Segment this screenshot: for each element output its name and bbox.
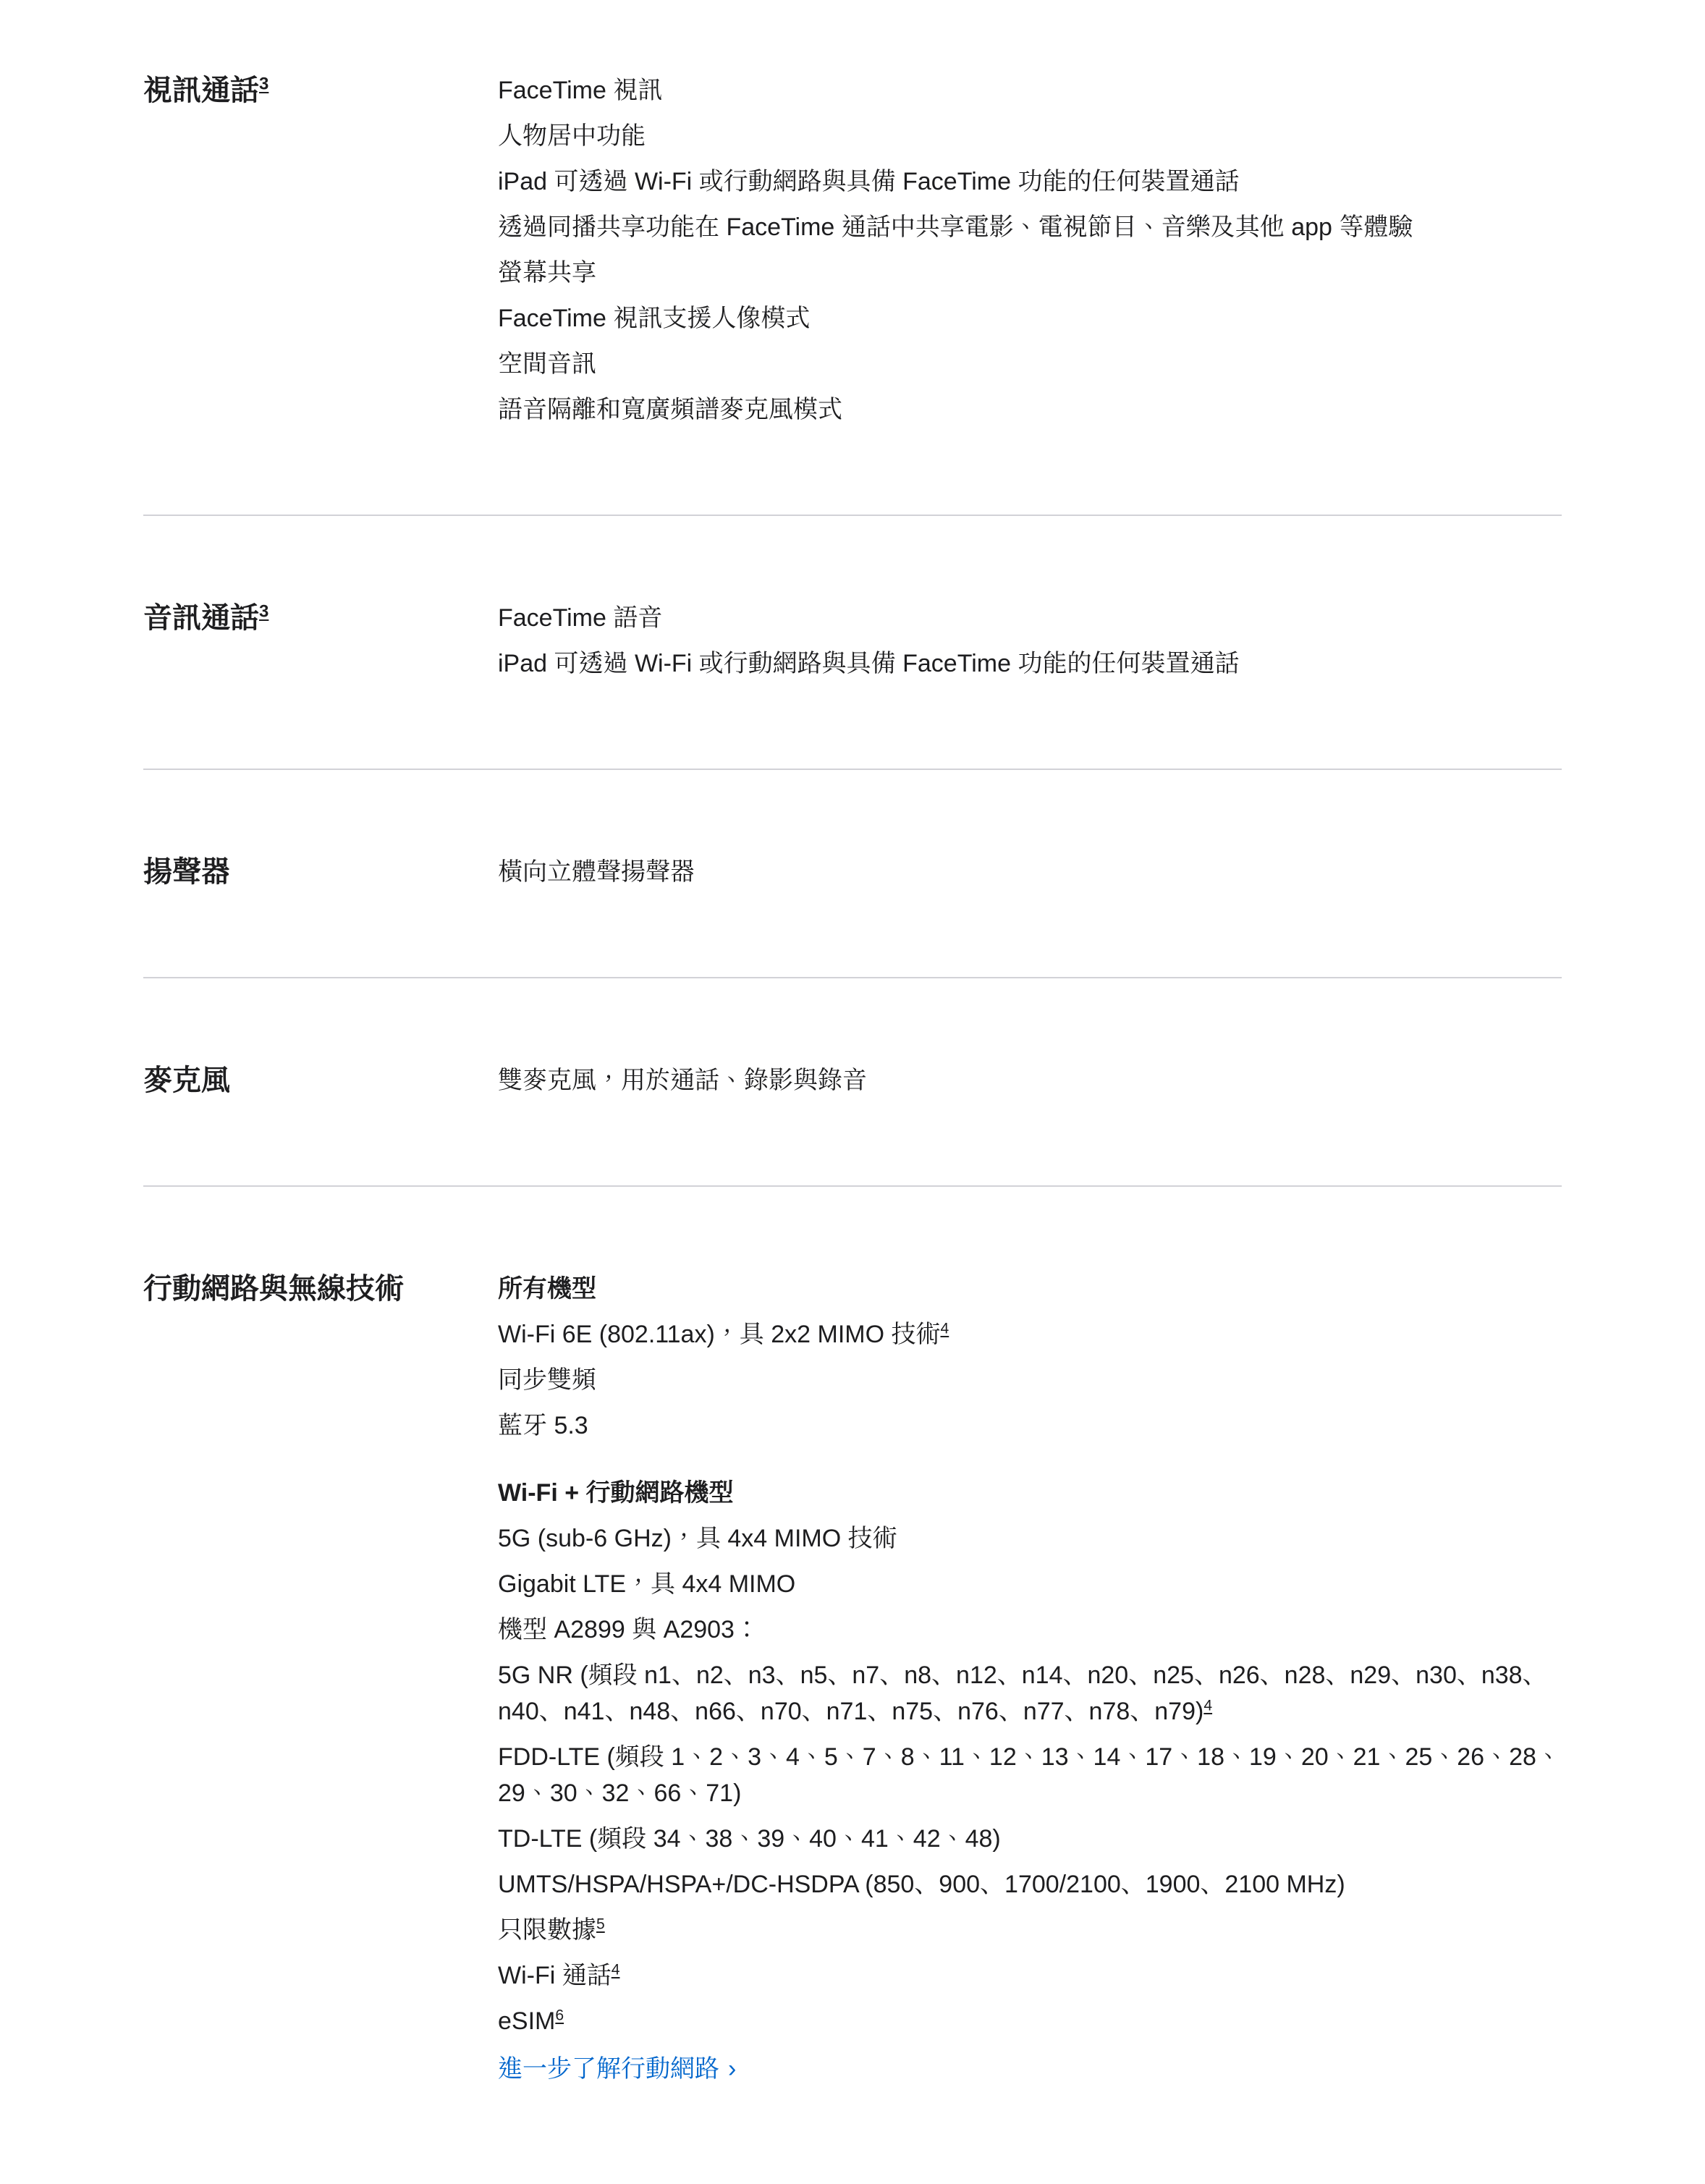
spec-section-video-calling: 視訊通話3FaceTime 視訊人物居中功能iPad 可透過 Wi-Fi 或行動… (143, 0, 1562, 515)
spec-line: Gigabit LTE，具 4x4 MIMO (498, 1566, 1562, 1602)
footnote-link[interactable]: 6 (555, 2007, 564, 2024)
spec-line: Wi-Fi 6E (802.11ax)，具 2x2 MIMO 技術4 (498, 1316, 1562, 1353)
spec-line-text: Wi-Fi + 行動網路機型 (498, 1479, 734, 1507)
spec-line: 同步雙頻 (498, 1362, 1562, 1398)
spec-line: FDD-LTE (頻段 1、2、3、4、5、7、8、11、12、13、14、17… (498, 1739, 1562, 1811)
spec-line-text: 機型 A2899 與 A2903： (498, 1616, 759, 1643)
spec-line: 5G NR (頻段 n1、n2、n3、n5、n7、n8、n12、n14、n20、… (498, 1657, 1562, 1730)
spec-line-text: 同步雙頻 (498, 1366, 596, 1394)
learn-more-cellular-link[interactable]: 進一步了解行動網路› (498, 2055, 736, 2083)
section-label-text: 視訊通話 (143, 75, 259, 106)
footnote-link[interactable]: 3 (259, 75, 268, 94)
section-label-text: 麥克風 (143, 1065, 230, 1096)
spec-line: 雙麥克風，用於通話、錄影與錄音 (498, 1062, 1562, 1099)
spec-line-text: FaceTime 視訊支援人像模式 (498, 305, 810, 332)
spec-line: FaceTime 語音 (498, 600, 1562, 636)
spec-line: 語音隔離和寬廣頻譜麥克風模式 (498, 391, 1562, 428)
spec-line-text: iPad 可透過 Wi-Fi 或行動網路與具備 FaceTime 功能的任何裝置… (498, 168, 1239, 195)
spec-line-text: eSIM (498, 2007, 555, 2035)
spec-line: 機型 A2899 與 A2903： (498, 1612, 1562, 1648)
spec-line-text: FaceTime 視訊 (498, 77, 662, 104)
spec-section-speakers: 揚聲器橫向立體聲揚聲器 (143, 769, 1562, 977)
section-content: 橫向立體聲揚聲器 (498, 854, 1562, 890)
spec-line-text: 橫向立體聲揚聲器 (498, 858, 695, 886)
spec-line: Wi-Fi + 行動網路機型 (498, 1475, 1562, 1511)
spec-line: 藍牙 5.3 (498, 1408, 1562, 1444)
spec-line-text: 空間音訊 (498, 350, 596, 378)
spec-line-text: 只限數據 (498, 1916, 596, 1944)
section-label: 揚聲器 (143, 854, 498, 890)
spec-line-text: UMTS/HSPA/HSPA+/DC-HSDPA (850、900、1700/2… (498, 1871, 1345, 1898)
spec-line: TD-LTE (頻段 34、38、39、40、41、42、48) (498, 1821, 1562, 1857)
footnote-link[interactable]: 4 (941, 1321, 949, 1337)
spec-line: iPad 可透過 Wi-Fi 或行動網路與具備 FaceTime 功能的任何裝置… (498, 164, 1562, 200)
spec-line-text: FDD-LTE (頻段 1、2、3、4、5、7、8、11、12、13、14、17… (498, 1743, 1561, 1807)
spec-line-text: 透過同播共享功能在 FaceTime 通話中共享電影、電視節目、音樂及其他 ap… (498, 213, 1413, 241)
section-label-text: 揚聲器 (143, 856, 230, 888)
spec-line-text: TD-LTE (頻段 34、38、39、40、41、42、48) (498, 1825, 1001, 1853)
spec-line: 只限數據5 (498, 1912, 1562, 1948)
spec-line: 透過同播共享功能在 FaceTime 通話中共享電影、電視節目、音樂及其他 ap… (498, 209, 1562, 245)
spec-line-text: 5G (sub-6 GHz)，具 4x4 MIMO 技術 (498, 1525, 897, 1552)
spec-line-text: 雙麥克風，用於通話、錄影與錄音 (498, 1067, 867, 1094)
spec-line: Wi-Fi 通話4 (498, 1957, 1562, 1994)
footnote-link[interactable]: 3 (259, 602, 268, 622)
section-label: 麥克風 (143, 1062, 498, 1099)
spec-line-text: 語音隔離和寬廣頻譜麥克風模式 (498, 396, 842, 423)
spec-line-text: Gigabit LTE，具 4x4 MIMO (498, 1570, 795, 1598)
spec-line-text: 5G NR (頻段 n1、n2、n3、n5、n7、n8、n12、n14、n20、… (498, 1662, 1547, 1725)
spec-line-text: 藍牙 5.3 (498, 1412, 588, 1439)
specs-root: 視訊通話3FaceTime 視訊人物居中功能iPad 可透過 Wi-Fi 或行動… (143, 0, 1562, 2174)
section-label-text: 音訊通話 (143, 602, 259, 634)
section-content: 所有機型Wi-Fi 6E (802.11ax)，具 2x2 MIMO 技術4同步… (498, 1271, 1562, 2087)
section-content: FaceTime 視訊人物居中功能iPad 可透過 Wi-Fi 或行動網路與具備… (498, 72, 1562, 428)
spec-line-text: FaceTime 語音 (498, 604, 662, 632)
spec-section-audio-calling: 音訊通話3FaceTime 語音iPad 可透過 Wi-Fi 或行動網路與具備 … (143, 515, 1562, 769)
spec-line: 空間音訊 (498, 346, 1562, 382)
chevron-right-icon: › (728, 2051, 736, 2087)
spec-line-text: Wi-Fi 6E (802.11ax)，具 2x2 MIMO 技術 (498, 1321, 941, 1348)
spec-line: FaceTime 視訊 (498, 72, 1562, 109)
spec-line-text: Wi-Fi 通話 (498, 1962, 612, 1989)
spec-line: 人物居中功能 (498, 118, 1562, 154)
spec-line: 進一步了解行動網路› (498, 2051, 1562, 2087)
spec-line: eSIM6 (498, 2003, 1562, 2039)
spec-line: 5G (sub-6 GHz)，具 4x4 MIMO 技術 (498, 1520, 1562, 1557)
spec-line-text: iPad 可透過 Wi-Fi 或行動網路與具備 FaceTime 功能的任何裝置… (498, 650, 1239, 677)
spec-line-text: 螢幕共享 (498, 259, 596, 287)
spec-section-cellular-wireless: 行動網路與無線技術所有機型Wi-Fi 6E (802.11ax)，具 2x2 M… (143, 1185, 1562, 2174)
spec-line: iPad 可透過 Wi-Fi 或行動網路與具備 FaceTime 功能的任何裝置… (498, 646, 1562, 682)
spec-line-text: 所有機型 (498, 1275, 596, 1303)
spec-line: 螢幕共享 (498, 255, 1562, 291)
section-label: 音訊通話3 (143, 600, 498, 636)
footnote-link[interactable]: 4 (1203, 1698, 1212, 1714)
footnote-link[interactable]: 4 (612, 1962, 620, 1978)
spec-line: 橫向立體聲揚聲器 (498, 854, 1562, 890)
section-label-text: 行動網路與無線技術 (143, 1273, 404, 1305)
spec-line: 所有機型 (498, 1271, 1562, 1307)
spec-line-text: 人物居中功能 (498, 122, 646, 150)
section-content: 雙麥克風，用於通話、錄影與錄音 (498, 1062, 1562, 1099)
spec-line: UMTS/HSPA/HSPA+/DC-HSDPA (850、900、1700/2… (498, 1866, 1562, 1902)
section-label: 行動網路與無線技術 (143, 1271, 498, 1307)
link-label: 進一步了解行動網路 (498, 2055, 719, 2083)
spec-line: FaceTime 視訊支援人像模式 (498, 300, 1562, 337)
section-label: 視訊通話3 (143, 72, 498, 109)
footnote-link[interactable]: 5 (596, 1916, 605, 1933)
spec-section-microphones: 麥克風雙麥克風，用於通話、錄影與錄音 (143, 977, 1562, 1185)
section-content: FaceTime 語音iPad 可透過 Wi-Fi 或行動網路與具備 FaceT… (498, 600, 1562, 682)
